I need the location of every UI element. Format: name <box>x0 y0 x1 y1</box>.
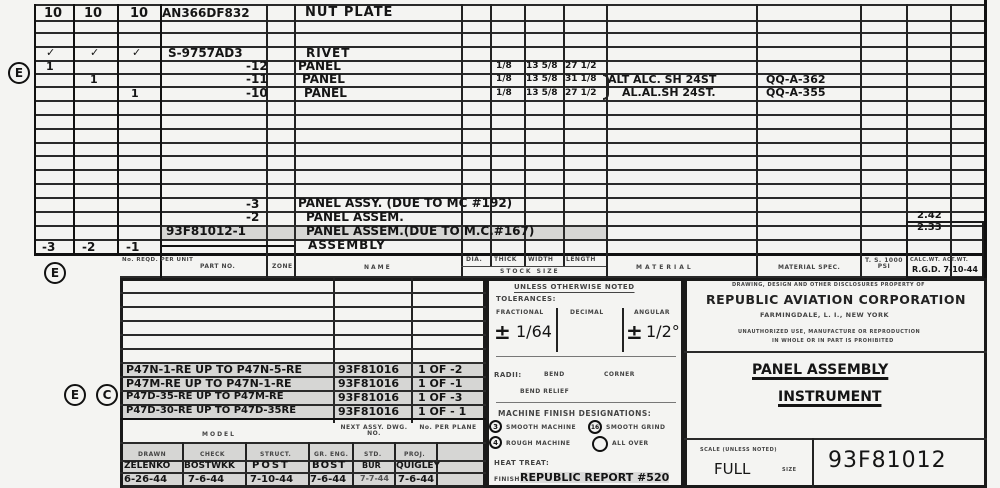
stock-thick: 1/8 <box>496 89 512 98</box>
dash-number: -3 <box>42 241 55 253</box>
bend-label: BEND <box>544 372 565 378</box>
part-name: PANEL <box>304 87 347 99</box>
bracket <box>603 74 609 100</box>
qty-2: 1 <box>90 74 98 85</box>
header-model: MODEL <box>202 432 236 438</box>
stock-length: 31 1/8 <box>565 75 596 84</box>
machine-finish-label: MACHINE FINISH DESIGNATIONS: <box>498 410 651 418</box>
material: AL.AL.SH 24ST. <box>622 87 716 98</box>
per-plane: 1 OF -2 <box>418 364 462 375</box>
signature-proj: QUIGLEY <box>396 462 440 471</box>
header-check: CHECK <box>200 452 225 458</box>
grid-line <box>120 306 486 308</box>
dash-number: -1 <box>126 241 139 253</box>
header-width: WIDTH <box>528 257 553 263</box>
check-mark: ✓ <box>132 47 141 58</box>
grid-line <box>34 114 984 116</box>
revision-mark-icon: E <box>8 62 30 84</box>
qty-1: 10 <box>130 7 148 20</box>
property-note: DRAWING, DESIGN AND OTHER DISCLOSURES PR… <box>732 283 925 288</box>
header-stock-size: STOCK SIZE <box>500 269 560 275</box>
title-line-1: PANEL ASSEMBLY <box>752 363 888 377</box>
finish-symbol-icon: 16 <box>588 420 602 434</box>
fractional-label: FRACTIONAL <box>496 310 544 316</box>
grid-col <box>34 4 36 256</box>
grid-col <box>73 4 75 256</box>
part-number: -12 <box>246 60 268 72</box>
header-material: MATERIAL <box>636 265 694 271</box>
weight-value: 2.42 <box>917 211 942 221</box>
grid-line <box>120 292 486 294</box>
plus-minus-icon: ± <box>626 322 643 342</box>
grid-col <box>756 4 758 279</box>
grid-line <box>684 351 987 353</box>
part-name: PANEL <box>298 60 341 72</box>
date-check: 7-6-44 <box>188 475 224 485</box>
header-per-plane: No. PER PLANE <box>414 425 482 431</box>
per-plane: 1 OF - 1 <box>418 406 466 417</box>
qty-2: 10 <box>84 7 102 20</box>
assembly-name: ASSEMBLY <box>308 239 386 251</box>
signature-std: BUR <box>362 462 381 470</box>
date-proj: 7-6-44 <box>398 475 434 485</box>
model-range: P47D-30-RE UP TO P47D-35RE <box>126 406 296 416</box>
weight-signoff: R.G.D. 7-10-44 <box>912 266 978 274</box>
material-spec: QQ-A-362 <box>766 74 826 85</box>
divider <box>622 308 624 352</box>
assembly-name: PANEL ASSY. (DUE TO MC #192) <box>298 197 512 209</box>
stock-thick: 1/8 <box>496 75 512 84</box>
part-number: AN366DF832 <box>162 7 250 19</box>
qty-3: 10 <box>44 7 62 20</box>
part-name: NUT PLATE <box>305 6 393 19</box>
grid-line <box>684 438 987 440</box>
header-length: LENGTH <box>566 257 596 263</box>
finish-symbol-icon: 4 <box>489 436 502 449</box>
header-weight: CALC.WT. ACT.WT. <box>910 258 968 263</box>
grid-col <box>117 4 119 256</box>
model-range: P47M-RE UP TO P47N-1-RE <box>126 378 292 389</box>
fractional-tolerance: 1/64 <box>516 324 552 340</box>
grid-line <box>34 20 984 22</box>
signature-struct: POST <box>252 461 290 471</box>
assembly-name: PANEL ASSEM. <box>306 211 404 223</box>
divider <box>496 402 676 403</box>
title-line-2: INSTRUMENT <box>778 390 881 404</box>
signature-drawn: ZELENKO <box>124 462 170 471</box>
grid-line <box>34 211 984 213</box>
header-gr-eng: GR. ENG. <box>314 452 348 458</box>
finish-value: REPUBLIC REPORT #520 <box>520 472 669 483</box>
date-struct: 7-10-44 <box>250 475 293 485</box>
unless-noted: UNLESS OTHERWISE NOTED <box>514 284 635 291</box>
company-name: REPUBLIC AVIATION CORPORATION <box>706 294 966 307</box>
stock-width: 13 5/8 <box>526 89 557 98</box>
header-part-no: PART NO. <box>200 264 235 270</box>
angular-tolerance: 1/2° <box>646 324 680 340</box>
stock-thick: 1/8 <box>496 62 512 71</box>
grid-line <box>34 142 984 144</box>
all-over-label: ALL OVER <box>612 441 649 447</box>
material: ALT ALC. SH 24ST <box>608 74 716 85</box>
per-plane: 1 OF -1 <box>418 378 462 389</box>
model-range: P47N-1-RE UP TO P47N-5-RE <box>126 364 302 375</box>
rough-machine-label: ROUGH MACHINE <box>506 441 571 447</box>
header-std: STD. <box>364 452 382 458</box>
grid-line <box>34 169 984 171</box>
signature-check: BOSTWKK <box>184 462 235 471</box>
grid-line <box>34 183 984 185</box>
divider <box>496 356 676 357</box>
header-ts: T. S. 1000 PSI <box>864 258 904 270</box>
grid-line <box>34 32 984 34</box>
date-std: 7-7-44 <box>360 475 389 483</box>
grid-col <box>860 4 862 279</box>
grid-line <box>34 239 984 241</box>
material-spec: QQ-A-355 <box>766 87 826 98</box>
stock-width: 13 5/8 <box>526 62 557 71</box>
signature-gr-eng: BOST <box>312 461 346 471</box>
scale-value: FULL <box>714 462 750 477</box>
assembly-part-number: 93F81012-1 <box>166 225 246 237</box>
smooth-grind-label: SMOOTH GRIND <box>606 425 665 431</box>
grid-line <box>34 100 984 102</box>
date-gr-eng: 7-6-44 <box>310 475 346 485</box>
grid-col <box>245 442 247 488</box>
heat-treat-label: HEAT TREAT: <box>494 460 549 467</box>
grid-line <box>120 348 486 350</box>
warning-line-2: IN WHOLE OR IN PART IS PROHIBITED <box>772 339 894 344</box>
grid-line <box>120 334 486 336</box>
smooth-machine-label: SMOOTH MACHINE <box>506 425 576 431</box>
header-drawn: DRAWN <box>138 452 166 458</box>
per-plane: 1 OF -3 <box>418 392 462 403</box>
stock-width: 13 5/8 <box>526 75 557 84</box>
model-range: P47D-35-RE UP TO P47M-RE <box>126 392 284 402</box>
revision-mark-icon: E <box>64 384 86 406</box>
corner-label: CORNER <box>604 372 635 378</box>
finish-label: FINISH <box>494 477 520 483</box>
part-number: -11 <box>246 73 268 85</box>
assembly-dash: -3 <box>246 198 259 210</box>
date-drawn: 6-26-44 <box>124 475 167 485</box>
header-zone: ZONE <box>272 264 293 270</box>
revision-mark-icon: E <box>44 262 66 284</box>
header-qty: No. REQD. PER UNIT <box>122 258 193 264</box>
arrow-line <box>160 245 294 247</box>
grid-line <box>34 155 984 157</box>
next-assy: 93F81016 <box>338 406 399 417</box>
grid-line <box>120 418 486 420</box>
part-name: PANEL <box>302 73 345 85</box>
header-dia: DIA. <box>466 257 482 263</box>
divider <box>556 308 558 352</box>
bend-relief-label: BEND RELIEF <box>520 389 569 395</box>
next-assy: 93F81016 <box>338 392 399 403</box>
grid-line <box>34 128 984 130</box>
assembly-name: PANEL ASSEM.(DUE TO M.C.#167) <box>306 225 534 237</box>
grid-col <box>812 438 814 488</box>
grid-line <box>120 320 486 322</box>
check-mark: ✓ <box>46 47 55 58</box>
all-over-circle-icon <box>592 436 608 452</box>
stock-length: 27 1/2 <box>565 89 596 98</box>
plus-minus-icon: ± <box>494 322 511 342</box>
grid-line <box>461 266 606 267</box>
size-label: SIZE <box>782 468 797 473</box>
header-thick: THICK <box>494 257 517 263</box>
scale-label: SCALE (UNLESS NOTED) <box>700 448 777 453</box>
finish-symbol-icon: 3 <box>489 420 502 433</box>
tolerances-label: TOLERANCES: <box>496 296 556 303</box>
dash-number: -2 <box>82 241 95 253</box>
part-number: S-9757AD3 <box>168 47 243 59</box>
header-next-assy: NEXT ASSY. DWG. NO. <box>340 425 408 437</box>
grid-col <box>352 442 354 488</box>
part-number: -10 <box>246 87 268 99</box>
grid-col <box>606 4 608 279</box>
header-name: NAME <box>364 265 392 271</box>
assembly-dash: -2 <box>246 211 259 223</box>
company-location: FARMINGDALE, L. I., NEW YORK <box>760 312 889 319</box>
decimal-label: DECIMAL <box>570 310 604 316</box>
radii-label: RADII: <box>494 372 522 379</box>
revision-mark-icon: C <box>96 384 118 406</box>
warning-line-1: UNAUTHORIZED USE, MANUFACTURE OR REPRODU… <box>738 330 920 335</box>
part-name: RIVET <box>306 47 350 59</box>
stock-length: 27 1/2 <box>565 62 596 71</box>
qty-3: 1 <box>46 61 54 72</box>
qty-1: 1 <box>131 88 139 99</box>
check-mark: ✓ <box>90 47 99 58</box>
header-material-spec: MATERIAL SPEC. <box>778 265 840 271</box>
next-assy: 93F81016 <box>338 364 399 375</box>
next-assy: 93F81016 <box>338 378 399 389</box>
header-proj: PROJ. <box>404 452 425 458</box>
header-struct: STRUCT. <box>260 452 291 458</box>
drawing-number: 93F81012 <box>828 450 947 472</box>
angular-label: ANGULAR <box>634 310 670 316</box>
